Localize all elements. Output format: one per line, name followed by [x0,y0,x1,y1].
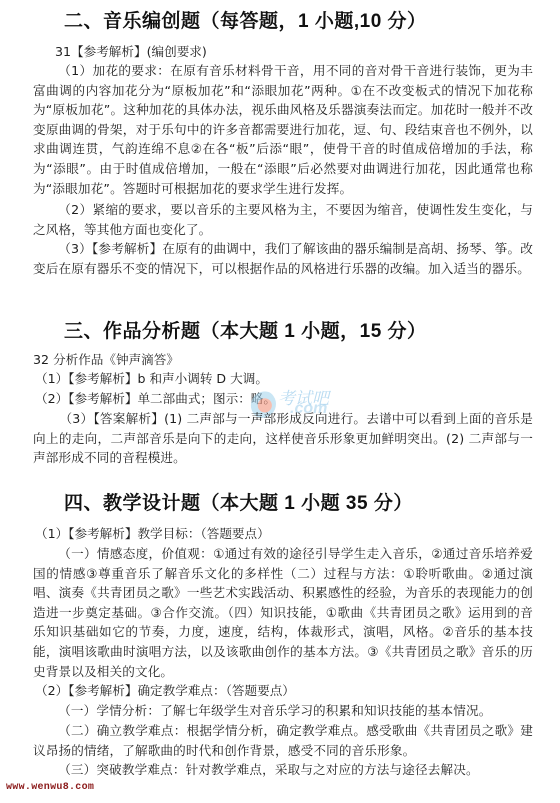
question-32-title: 32 分析作品《钟声滴答》 [33,350,179,370]
source-url: www.wenwu8.com [6,782,94,793]
section-4-item-1-body: （一）情感态度，价值观：①通过有效的途径引导学生走入音乐，②通过音乐培养爱国的情… [33,544,533,681]
section-4-item-2-title: （2）【参考解析】确定教学难点：（答题要点） [35,681,295,701]
section-3-heading: 三、作品分析题（本大题 1 小题，15 分） [64,316,427,343]
document-page: 二、音乐编创题（每答题，1 小题,10 分） 31【参考解析】(编创要求) （1… [0,0,560,803]
question-31-title: 31【参考解析】(编创要求) [55,42,207,62]
section-3-item-2: （2）【参考解析】单二部曲式；图示：略。 [35,389,276,409]
section-2-paragraph-3: （3）【参考解析】在原有的曲调中，我们了解该曲的器乐编制是高胡、扬琴、筝。改变后… [33,239,533,278]
section-4-item-1-title: （1）【参考解析】教学目标：（答题要点） [35,524,270,544]
section-2-heading: 二、音乐编创题（每答题，1 小题,10 分） [64,6,427,33]
section-4-item-2-b: （二）确立教学难点：根据学情分析，确定教学难点。感受歌曲《共青团员之歌》建议昂扬… [33,721,533,760]
section-4-item-2-c: （三）突破教学难点：针对教学难点，采取与之对应的方法与途径去解决。 [33,760,533,780]
watermark-text: 考试吧 [278,384,329,409]
section-4-item-2-a: （一）学情分析：了解七年级学生对音乐学习的积累和知识技能的基本情况。 [33,701,533,721]
section-2-paragraph-1: （1）加花的要求：在原有音乐材料骨干音，用不同的音对骨干音进行装饰，更为丰富曲调… [33,61,533,198]
section-3-item-3: （3）【答案解析】(1) 二声部与一声部形成反向进行。去谱中可以看到上面的音乐是… [33,409,533,468]
section-2-paragraph-2: （2）紧缩的要求，要以音乐的主要风格为主，不要因为缩音，使调性发生变化，与之风格… [33,200,533,239]
section-3-item-1: （1）【参考解析】b 和声小调转 D 大调。 [35,369,268,389]
section-4-heading: 四、教学设计题（本大题 1 小题 35 分） [64,488,413,515]
